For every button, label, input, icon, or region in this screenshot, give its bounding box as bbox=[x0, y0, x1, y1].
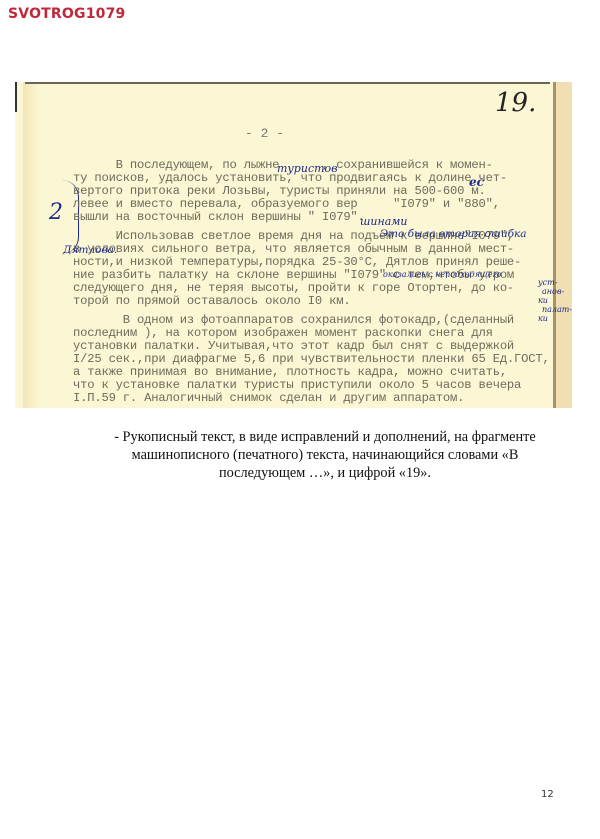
margin-note-fragment: палат- bbox=[542, 305, 572, 314]
handwritten-insert-shinami: шинами bbox=[360, 215, 408, 228]
margin-note-fragment: анов- bbox=[542, 287, 564, 296]
scan-left-mark bbox=[15, 82, 17, 112]
scan-top-edge bbox=[25, 82, 550, 84]
typed-line: I.П.59 г. Аналогичный снимок сделан и др… bbox=[73, 392, 464, 405]
margin-note-fragment: ки bbox=[538, 314, 548, 323]
brand-title: SVOTROG1079 bbox=[8, 6, 125, 22]
margin-note-fragment: ки bbox=[538, 296, 548, 305]
typed-line: вышли на восточный склон вершины " I079"… bbox=[73, 211, 365, 224]
corner-page-mark: 19. bbox=[495, 88, 536, 118]
slide-caption: - Рукописный текст, в виде исправлений и… bbox=[100, 428, 550, 482]
scan-right-strip bbox=[556, 82, 572, 408]
margin-number-mark: 2 bbox=[49, 200, 63, 225]
handwritten-note-second-mistake: Это была вторая ошибка bbox=[380, 228, 527, 240]
scan-left-shade bbox=[23, 82, 39, 408]
margin-note-fragment: уст- bbox=[538, 278, 557, 287]
scan-right-edge bbox=[553, 82, 556, 408]
slide-number: 12 bbox=[541, 789, 554, 800]
handwritten-insert-unsuitable: оказались с неподходящего bbox=[383, 270, 501, 279]
typed-line: торой по прямой оставалось около I0 км. bbox=[73, 295, 350, 308]
handwritten-insert-es: ес bbox=[469, 175, 484, 189]
document-scan: 19. - 2 - 2 В последующем, по лыжне , со… bbox=[15, 82, 572, 408]
typed-page-number: - 2 - bbox=[245, 126, 284, 141]
handwritten-insert-tourists: туристов bbox=[277, 162, 338, 175]
handwritten-note-dyatlov: Дятлова. bbox=[63, 244, 117, 256]
